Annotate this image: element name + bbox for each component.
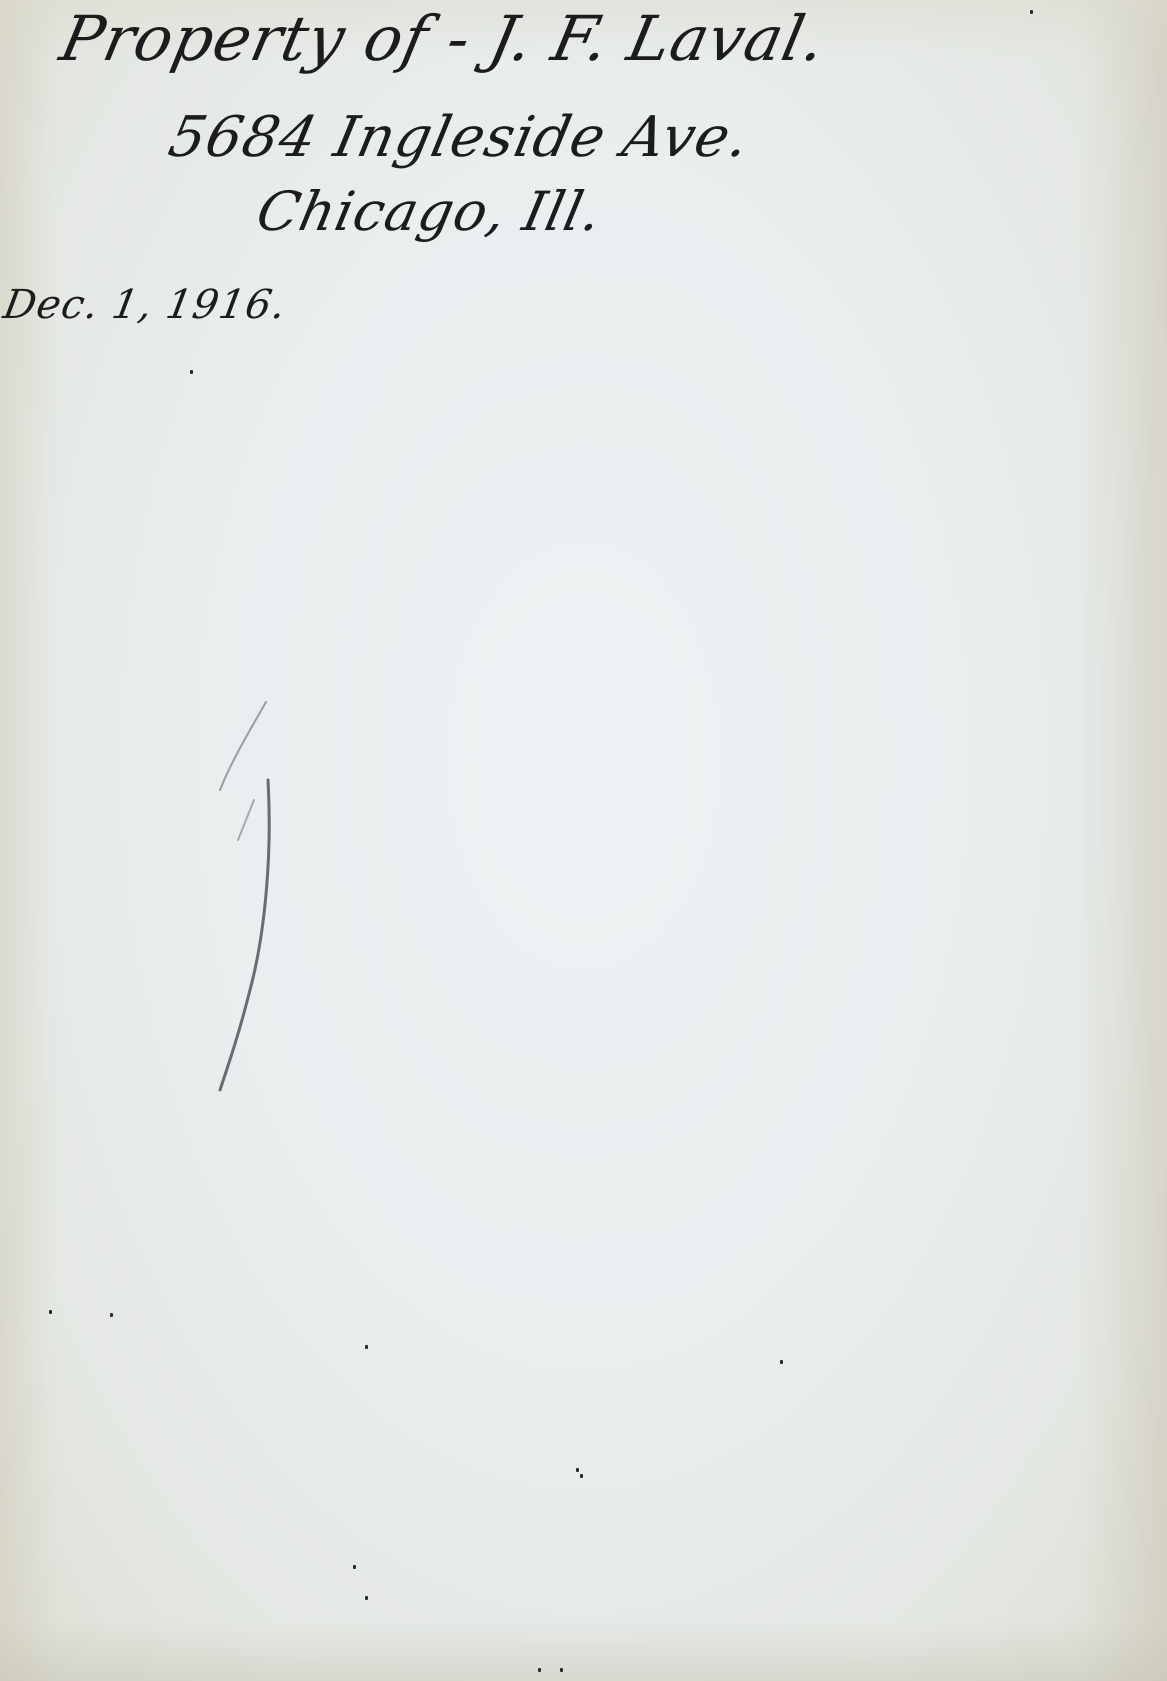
paper-speck bbox=[190, 370, 193, 374]
paper-speck bbox=[560, 1668, 563, 1672]
paper-speck bbox=[1030, 10, 1033, 14]
inscription-date: Dec. 1, 1916. bbox=[0, 282, 290, 328]
city-line: Chicago, Ill. bbox=[251, 180, 608, 243]
pencil-stroke-icon bbox=[180, 690, 300, 1110]
paper-speck bbox=[576, 1468, 579, 1472]
scanned-page: Property of - J. F. Laval. 5684 Inglesid… bbox=[0, 0, 1167, 1681]
paper-speck bbox=[538, 1668, 541, 1672]
paper-speck bbox=[780, 1360, 783, 1364]
page-edge-shadow-bottom bbox=[0, 1621, 1167, 1681]
owner-inscription: Property of - J. F. Laval. bbox=[54, 2, 832, 75]
page-edge-shadow-left bbox=[0, 0, 60, 1681]
street-address: 5684 Ingleside Ave. bbox=[163, 105, 755, 170]
paper-speck bbox=[49, 1310, 52, 1314]
paper-speck bbox=[353, 1565, 356, 1569]
paper-speck bbox=[580, 1474, 583, 1478]
paper-speck bbox=[110, 1313, 113, 1317]
page-edge-shadow-right bbox=[1077, 0, 1167, 1681]
paper-speck bbox=[365, 1596, 368, 1600]
paper-speck bbox=[365, 1345, 368, 1349]
